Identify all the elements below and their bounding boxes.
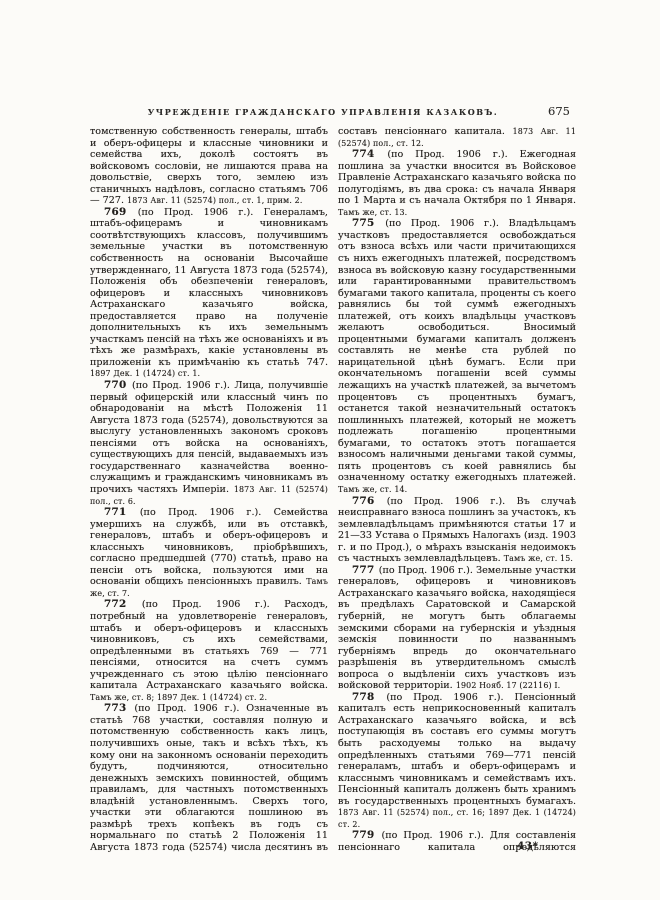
article-number: 773 xyxy=(104,702,134,714)
citation: 1902 Нояб. 17 (22116) I. xyxy=(456,681,561,690)
paragraph-text: Семейства умершихъ на службѣ, или въ отс… xyxy=(90,507,328,587)
article-number: 776 xyxy=(352,495,387,507)
article-paragraph-770: 770 (по Прод. 1906 г.). Лица, получившіе… xyxy=(90,380,328,507)
signature-mark: 43* xyxy=(517,840,539,852)
article-number: 777 xyxy=(352,564,379,576)
article-intro: (по Прод. 1906 г.). xyxy=(379,565,476,576)
paragraph-text: Расходъ, потребный на удовлетвореніе ген… xyxy=(90,599,328,691)
citation: Тамъ же, ст. 14. xyxy=(338,485,407,494)
citation: Тамъ же, ст. 13. xyxy=(338,208,407,217)
article-paragraph-774: 774 (по Прод. 1906 г.). Ежегодная пошлин… xyxy=(338,149,576,218)
article-paragraph-778: 778 (по Прод. 1906 г.). Пенсіонный капит… xyxy=(338,692,576,831)
article-number: 770 xyxy=(104,379,132,391)
paragraph-text: Генераламъ, штабъ-офицерамъ и чиновникам… xyxy=(90,207,328,368)
article-paragraph-776: 776 (по Прод. 1906 г.). Въ случаѣ неиспр… xyxy=(338,496,576,565)
article-number: 772 xyxy=(104,598,142,610)
running-title: УЧРЕЖДЕНІЕ ГРАЖДАНСКАГО УПРАВЛЕНІЯ КАЗАК… xyxy=(90,107,556,117)
scanned-page: УЧРЕЖДЕНІЕ ГРАЖДАНСКАГО УПРАВЛЕНІЯ КАЗАК… xyxy=(0,0,660,900)
article-intro: (по Прод. 1906 г.). xyxy=(387,149,519,160)
paragraph-text: Владѣльцамъ участковъ предоставляется ос… xyxy=(338,218,576,483)
paragraph-text: Земельные участки генераловъ, офицеровъ … xyxy=(338,565,576,691)
article-number: 775 xyxy=(352,217,385,229)
article-intro: (по Прод. 1906 г.). xyxy=(142,599,284,610)
article-paragraph-775: 775 (по Прод. 1906 г.). Владѣльцамъ учас… xyxy=(338,218,576,495)
citation: Тамъ же, ст. 15. xyxy=(504,554,573,563)
article-number: 778 xyxy=(352,691,386,703)
page-number: 675 xyxy=(548,104,570,118)
article-number: 771 xyxy=(104,506,140,518)
article-intro: (по Прод. 1906 г.). xyxy=(140,507,274,518)
citation: Тамъ же, ст. 8; 1897 Дек. 1 (14724) ст. … xyxy=(90,693,267,702)
text-flow: томственную собственность генералы, штаб… xyxy=(90,126,576,858)
article-intro: (по Прод. 1906 г.). xyxy=(387,496,517,507)
citation: 1873 Авг. 11 (52574) пол., ст. 16; 1897 … xyxy=(338,808,576,829)
continuation-paragraph: томственную собственность генералы, штаб… xyxy=(90,126,328,207)
article-number: 774 xyxy=(352,148,387,160)
article-intro: (по Прод. 1906 г.). xyxy=(138,207,264,218)
citation: 1873 Авг. 11 (52574) пол., ст. 1, прим. … xyxy=(127,196,302,205)
article-intro: (по Прод. 1906 г.). xyxy=(386,692,514,703)
article-intro: (по Прод. 1906 г.). xyxy=(381,830,489,841)
paragraph-text: Лица, получившіе первый офицерскій или к… xyxy=(90,380,328,495)
article-paragraph-769: 769 (по Прод. 1906 г.). Генераламъ, штаб… xyxy=(90,207,328,380)
article-paragraph-777: 777 (по Прод. 1906 г.). Земельные участк… xyxy=(338,565,576,692)
paragraph-text: томственную собственность генералы, штаб… xyxy=(90,126,328,206)
page-header: УЧРЕЖДЕНІЕ ГРАЖДАНСКАГО УПРАВЛЕНІЯ КАЗАК… xyxy=(90,106,576,120)
article-intro: (по Прод. 1906 г.). xyxy=(385,218,508,229)
citation: 1897 Дек. 1 (14724) ст. 1. xyxy=(90,369,200,378)
article-paragraph-771: 771 (по Прод. 1906 г.). Семейства умерши… xyxy=(90,507,328,599)
article-paragraph-772: 772 (по Прод. 1906 г.). Расходъ, потребн… xyxy=(90,599,328,703)
article-intro: (по Прод. 1906 г.). xyxy=(132,380,234,391)
article-number: 779 xyxy=(352,829,381,841)
article-number: 769 xyxy=(104,206,138,218)
article-intro: (по Прод. 1906 г.). xyxy=(134,703,246,714)
paragraph-text: Пенсіонный капиталъ есть неприкосновенны… xyxy=(338,692,576,807)
